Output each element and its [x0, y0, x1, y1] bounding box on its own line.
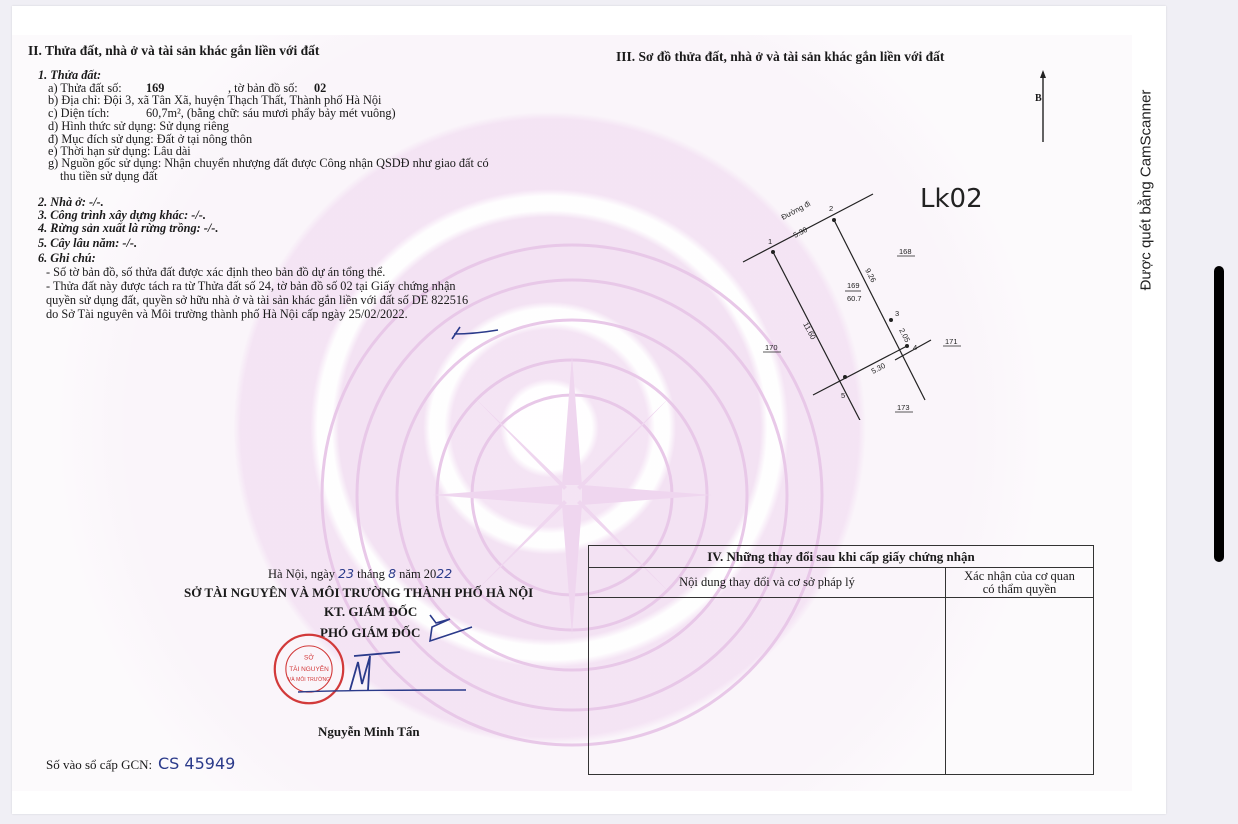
svg-text:169: 169 — [847, 281, 860, 290]
usage-form: d) Hình thức sử dụng: Sử dụng riêng — [48, 119, 229, 133]
svg-text:60.7: 60.7 — [847, 294, 862, 303]
certificate-scan: II. Thửa đất, nhà ở và tài sản khác gắn … — [12, 35, 1132, 791]
perennial-row: 5. Cây lâu năm: -/-. — [38, 236, 137, 250]
svg-text:2.05: 2.05 — [897, 327, 912, 344]
svg-text:11.60: 11.60 — [801, 321, 817, 341]
changes-confirmation-cell — [946, 598, 1094, 775]
svg-text:2: 2 — [829, 204, 833, 213]
svg-text:5.30: 5.30 — [792, 225, 809, 240]
watermark-text: Được quét bằng CamScanner — [1138, 90, 1155, 291]
parcel-diagram: Đường đi 5.30 2 1 9.26 169 60.7 11.60 3 … — [735, 180, 995, 420]
date-year-label: năm 20 — [399, 567, 436, 581]
confirmation-line2: có thẩm quyền — [983, 582, 1057, 596]
svg-text:4: 4 — [913, 343, 917, 352]
section4-title: IV. Những thay đổi sau khi cấp giấy chứn… — [589, 546, 1094, 568]
changes-content-cell — [589, 598, 946, 775]
note-line: - Thửa đất này được tách ra từ Thửa đất … — [46, 279, 456, 293]
column-header-confirmation: Xác nhận của cơ quan có thẩm quyền — [946, 568, 1094, 598]
date-year: 22 — [436, 566, 452, 581]
svg-text:5: 5 — [841, 391, 845, 400]
signer-role-1: KT. GIÁM ĐỐC — [324, 605, 417, 619]
signing-date: Hà Nội, ngày 23 tháng 8 năm 2022 — [268, 567, 452, 581]
svg-text:173: 173 — [897, 403, 910, 412]
signer-name: Nguyễn Minh Tấn — [318, 725, 420, 739]
origin-line1: g) Nguồn gốc sử dụng: Nhận chuyển nhượng… — [48, 156, 489, 170]
svg-text:1: 1 — [768, 237, 772, 246]
camscanner-watermark: Được quét bằng CamScanner — [1131, 80, 1161, 300]
svg-text:5.30: 5.30 — [870, 361, 887, 376]
vertical-scrollbar[interactable] — [1214, 266, 1224, 562]
registry-label: Số vào sổ cấp GCN: — [46, 758, 152, 772]
confirmation-line1: Xác nhận của cơ quan — [964, 569, 1075, 583]
notes-heading: 6. Ghi chú: — [38, 251, 96, 265]
svg-text:170: 170 — [765, 343, 778, 352]
area-label: c) Diện tích: — [48, 106, 109, 120]
forest-row: 4. Rừng sản xuất là rừng trồng: -/-. — [38, 221, 218, 235]
house-row: 2. Nhà ở: -/-. — [38, 195, 104, 209]
svg-text:3: 3 — [895, 309, 899, 318]
north-label: B — [1035, 92, 1042, 106]
registry-number: CS 45949 — [158, 755, 235, 773]
issuing-agency: SỞ TÀI NGUYÊN VÀ MÔI TRƯỜNG THÀNH PHỐ HÀ… — [184, 586, 533, 600]
svg-text:171: 171 — [945, 337, 958, 346]
section2-title: II. Thửa đất, nhà ở và tài sản khác gắn … — [28, 44, 319, 58]
other-works-row: 3. Công trình xây dựng khác: -/-. — [38, 208, 206, 222]
column-header-content: Nội dung thay đổi và cơ sở pháp lý — [589, 568, 946, 598]
date-month-label: tháng — [357, 567, 385, 581]
initial-signature-icon — [424, 613, 474, 645]
initial-mark-icon — [450, 325, 500, 341]
signature-icon — [288, 650, 468, 698]
note-line: do Sở Tài nguyên và Môi trường thành phố… — [46, 307, 408, 321]
land-heading: 1. Thửa đất: — [38, 68, 101, 82]
svg-text:168: 168 — [899, 247, 912, 256]
svg-text:Đường đi: Đường đi — [780, 199, 812, 222]
date-month: 8 — [388, 566, 396, 581]
area-value: 60,7m², (bằng chữ: sáu mươi phẩy bảy mét… — [146, 106, 396, 120]
date-day: 23 — [338, 566, 354, 581]
origin-line2: thu tiền sử dụng đất — [60, 169, 158, 183]
north-arrow-icon — [1036, 70, 1050, 144]
section3-title: III. Sơ đồ thửa đất, nhà ở và tài sản kh… — [616, 50, 944, 64]
note-line: - Số tờ bản đồ, số thửa đất được xác địn… — [46, 265, 385, 279]
changes-table: IV. Những thay đổi sau khi cấp giấy chứn… — [588, 545, 1094, 775]
note-line: quyền sử dụng đất, quyền sở hữu nhà ở và… — [46, 293, 468, 307]
date-prefix: Hà Nội, ngày — [268, 567, 335, 581]
address: b) Địa chỉ: Đội 3, xã Tân Xã, huyện Thạc… — [48, 93, 381, 107]
